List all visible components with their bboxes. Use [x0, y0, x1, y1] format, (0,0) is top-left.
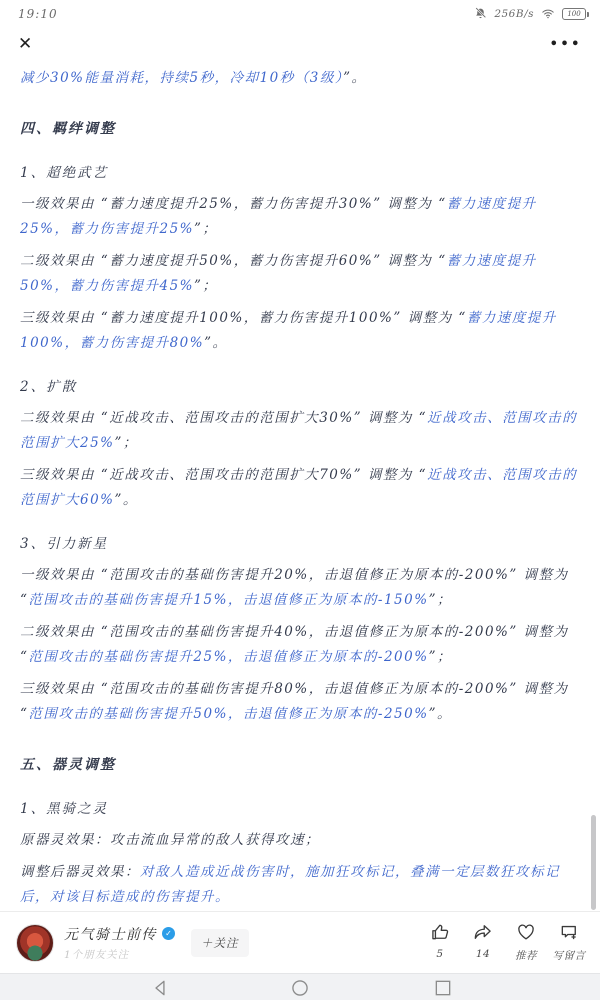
article-paragraph: 三级效果由 “近战攻击、范围攻击的范围扩大70%” 调整为 “近战攻击、范围攻击… — [20, 463, 580, 513]
comment-plus-icon — [559, 922, 579, 946]
screen: 19:10 256B/s 100 ✕ ••• 减少30%能量消耗，持续5秒，冷却… — [0, 0, 600, 1000]
text-segment: ”。 — [429, 706, 452, 722]
home-icon[interactable] — [290, 978, 310, 998]
article-paragraph: 一级效果由 “范围攻击的基础伤害提升20%，击退值修正为原本的-200%” 调整… — [20, 563, 580, 613]
like-button[interactable]: 5 — [425, 922, 455, 963]
comment-label: 写留言 — [553, 948, 586, 963]
text-segment: 减少30%能量消耗，持续5秒，冷却10秒（3级） — [20, 70, 343, 86]
like-count: 5 — [436, 948, 443, 960]
subsection-title: 1、黑骑之灵 — [20, 797, 580, 822]
wifi-icon — [541, 5, 555, 24]
mute-bell-icon — [474, 5, 487, 24]
subsection-title: 1、超绝武艺 — [20, 161, 580, 186]
account-info: 元气骑士前传 ✓ 1个朋友关注 — [64, 924, 175, 962]
section-heading: 四、羁绊调整 — [20, 117, 580, 142]
text-segment: ”。 — [343, 70, 366, 86]
text-segment: 三级效果由 “近战攻击、范围攻击的范围扩大70%” 调整为 “ — [20, 467, 427, 483]
back-icon[interactable] — [151, 978, 171, 998]
article-paragraph: 二级效果由 “近战攻击、范围攻击的范围扩大30%” 调整为 “近战攻击、范围攻击… — [20, 406, 580, 456]
text-segment: 范围攻击的基础伤害提升25%，击退值修正为原本的-200% — [28, 649, 428, 665]
text-segment: 范围攻击的基础伤害提升15%，击退值修正为原本的-150% — [28, 592, 428, 608]
text-segment: 二级效果由 “近战攻击、范围攻击的范围扩大30%” 调整为 “ — [20, 410, 427, 426]
battery-icon: 100 — [562, 8, 586, 20]
footer-bar: 元气骑士前传 ✓ 1个朋友关注 ＋关注 5 14 — [0, 911, 600, 973]
app-header: ✕ ••• — [0, 28, 600, 60]
verified-badge-icon: ✓ — [162, 927, 175, 940]
status-time: 19:10 — [18, 7, 58, 21]
text-segment: ”； — [194, 221, 217, 237]
android-nav-bar — [0, 973, 600, 1000]
text-segment: ”； — [115, 435, 138, 451]
more-menu-icon[interactable]: ••• — [550, 37, 582, 52]
article-paragraph: 二级效果由 “蓄力速度提升50%，蓄力伤害提升60%” 调整为 “蓄力速度提升5… — [20, 249, 580, 299]
article-paragraph: 三级效果由 “蓄力速度提升100%，蓄力伤害提升100%” 调整为 “蓄力速度提… — [20, 306, 580, 356]
follow-button[interactable]: ＋关注 — [191, 929, 249, 957]
battery-level: 100 — [567, 11, 580, 18]
network-speed: 256B/s — [494, 8, 534, 20]
subsection-title: 2、扩散 — [20, 375, 580, 400]
subsection-title: 3、引力新星 — [20, 532, 580, 557]
thumbs-up-icon — [430, 922, 450, 946]
recents-icon[interactable] — [433, 978, 453, 998]
scrollbar-thumb[interactable] — [591, 815, 596, 910]
comment-button[interactable]: 写留言 — [554, 922, 584, 963]
text-segment: 三级效果由 “蓄力速度提升100%，蓄力伤害提升100%” 调整为 “ — [20, 310, 467, 326]
text-segment: 原器灵效果：攻击流血异常的敌人获得攻速； — [20, 832, 320, 848]
article-paragraph: 调整后器灵效果：对敌人造成近战伤害时，施加狂攻标记，叠满一定层数狂攻标记后，对该… — [20, 860, 580, 910]
text-segment: 调整后器灵效果： — [20, 864, 140, 880]
article-continuation: 减少30%能量消耗，持续5秒，冷却10秒（3级）”。 — [20, 66, 580, 91]
share-count: 14 — [476, 948, 490, 960]
article-paragraph: 一级效果由 “蓄力速度提升25%，蓄力伤害提升30%” 调整为 “蓄力速度提升2… — [20, 192, 580, 242]
recommend-button[interactable]: 推荐 — [511, 922, 541, 963]
status-bar: 19:10 256B/s 100 — [0, 0, 600, 28]
status-icons: 256B/s 100 — [474, 5, 586, 24]
share-arrow-icon — [473, 922, 493, 946]
account-name[interactable]: 元气骑士前传 — [64, 924, 157, 944]
text-segment: ”； — [194, 278, 217, 294]
heart-icon — [516, 922, 536, 946]
article-body: 减少30%能量消耗，持续5秒，冷却10秒（3级）”。四、羁绊调整1、超绝武艺一级… — [0, 60, 600, 912]
avatar[interactable] — [16, 924, 54, 962]
article-paragraph: 二级效果由 “范围攻击的基础伤害提升40%，击退值修正为原本的-200%” 调整… — [20, 620, 580, 670]
text-segment: ”。 — [204, 335, 227, 351]
article-paragraph: 原器灵效果：攻击流血异常的敌人获得攻速； — [20, 828, 580, 853]
follow-note: 1个朋友关注 — [64, 947, 175, 962]
text-segment: 一级效果由 “蓄力速度提升25%，蓄力伤害提升30%” 调整为 “ — [20, 196, 447, 212]
text-segment: ”； — [429, 592, 452, 608]
share-button[interactable]: 14 — [468, 922, 498, 963]
action-buttons: 5 14 推荐 写留言 — [425, 922, 584, 963]
recommend-label: 推荐 — [515, 948, 537, 963]
text-segment: 范围攻击的基础伤害提升50%，击退值修正为原本的-250% — [28, 706, 428, 722]
text-segment: ”。 — [115, 492, 138, 508]
article-paragraph: 三级效果由 “范围攻击的基础伤害提升80%，击退值修正为原本的-200%” 调整… — [20, 677, 580, 727]
close-icon[interactable]: ✕ — [18, 36, 32, 53]
section-heading: 五、器灵调整 — [20, 753, 580, 778]
text-segment: 二级效果由 “蓄力速度提升50%，蓄力伤害提升60%” 调整为 “ — [20, 253, 447, 269]
text-segment: ”； — [429, 649, 452, 665]
